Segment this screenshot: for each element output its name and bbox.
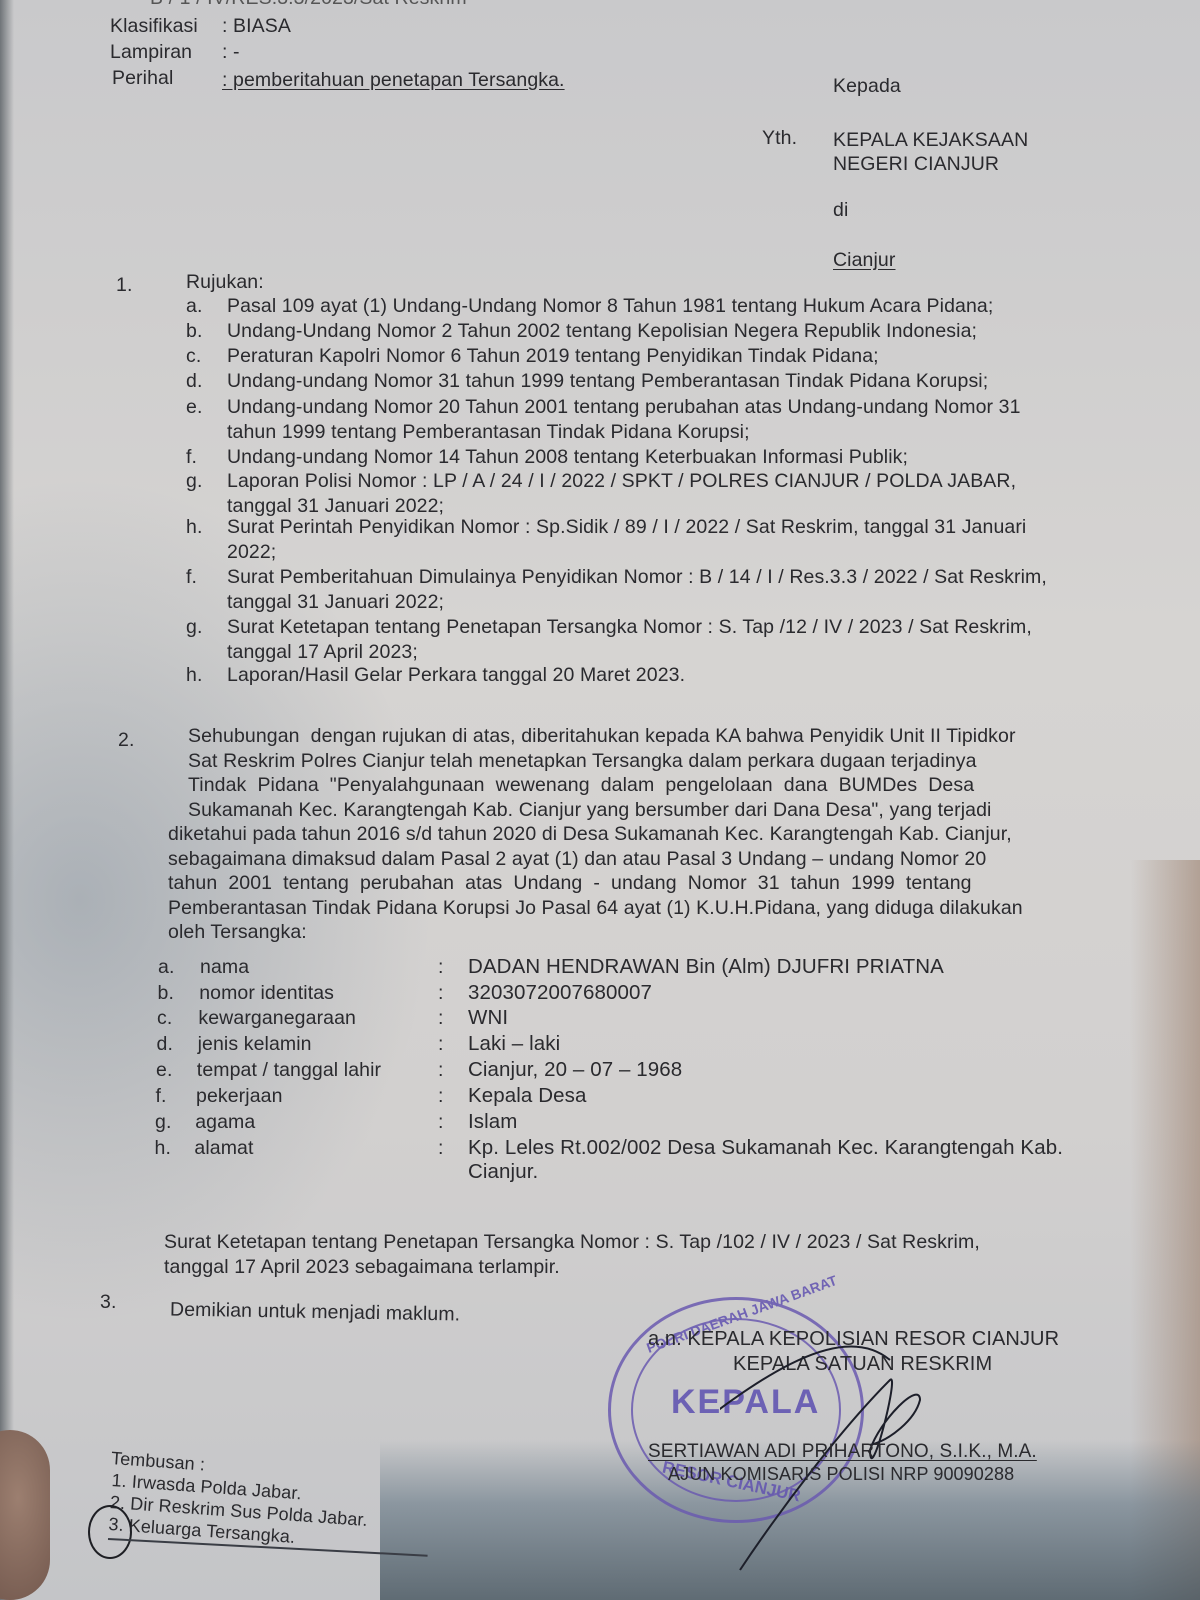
recipient-di: di — [833, 198, 848, 222]
field-separator: : — [438, 1136, 444, 1160]
rujukan-item-letter: f. — [186, 565, 197, 589]
suspect-field-value: Cianjur. — [468, 1160, 538, 1184]
suspect-field-label: agama — [195, 1110, 255, 1134]
field-separator: : — [438, 1058, 444, 1082]
signatory-name: SERTIAWAN ADI PRIHARTONO, S.I.K., M.A. — [648, 1440, 1037, 1464]
closing-line: Surat Ketetapan tentang Penetapan Tersan… — [164, 1230, 980, 1254]
section3-number: 3. — [100, 1290, 116, 1314]
suspect-field-label: tempat / tanggal lahir — [197, 1058, 381, 1082]
rujukan-item-text: tanggal 17 April 2023; — [227, 640, 418, 664]
suspect-field-value: DADAN HENDRAWAN Bin (Alm) DJUFRI PRIATNA — [468, 955, 944, 979]
suspect-field-letter: a. — [158, 955, 174, 979]
field-separator: : — [438, 981, 444, 1005]
rujukan-item-text: tanggal 31 Januari 2022; — [227, 590, 444, 614]
suspect-field-letter: c. — [157, 1006, 172, 1030]
suspect-field-label: kewarganegaraan — [198, 1006, 356, 1030]
rujukan-item-letter: f. — [186, 445, 197, 469]
rujukan-item-letter: g. — [186, 615, 202, 639]
suspect-field-letter: g. — [155, 1110, 171, 1134]
suspect-field-value: Cianjur, 20 – 07 – 1968 — [468, 1058, 682, 1082]
rujukan-item-letter: g. — [186, 469, 202, 493]
suspect-field-value: Kp. Leles Rt.002/002 Desa Sukamanah Kec.… — [468, 1136, 1063, 1160]
rujukan-item-text: Surat Pemberitahuan Dimulainya Penyidika… — [227, 565, 1047, 589]
value-lampiran: : - — [222, 40, 240, 64]
paragraph-line: Sehubungan dengan rujukan di atas, diber… — [188, 724, 1143, 748]
suspect-field-label: jenis kelamin — [198, 1032, 312, 1056]
rujukan-item-text: Pasal 109 ayat (1) Undang-Undang Nomor 8… — [227, 294, 993, 318]
suspect-field-label: nama — [200, 955, 249, 979]
rujukan-item-text: Undang-Undang Nomor 2 Tahun 2002 tentang… — [227, 319, 977, 343]
field-separator: : — [438, 1006, 444, 1030]
label-lampiran: Lampiran — [110, 40, 192, 64]
suspect-field-label: alamat — [194, 1136, 253, 1160]
rujukan-item-letter: d. — [186, 369, 202, 393]
rujukan-item-text: 2022; — [227, 540, 276, 564]
field-separator: : — [438, 1032, 444, 1056]
rujukan-item-letter: h. — [186, 515, 202, 539]
recipient-line2: NEGERI CIANJUR — [833, 152, 999, 176]
rujukan-item-text: Undang-undang Nomor 14 Tahun 2008 tentan… — [227, 445, 908, 469]
value-perihal: : pemberitahuan penetapan Tersangka. — [222, 68, 565, 92]
rujukan-item-letter: a. — [186, 294, 202, 318]
section1-title: Rujukan: — [186, 270, 264, 294]
rujukan-item-text: Laporan/Hasil Gelar Perkara tanggal 20 M… — [227, 663, 685, 687]
value-klasifikasi: : BIASA — [222, 14, 291, 38]
thumb-holding-paper — [0, 1430, 50, 1600]
rujukan-item-letter: h. — [186, 663, 202, 687]
suspect-field-value: Laki – laki — [468, 1032, 560, 1056]
recipient-city: Cianjur — [833, 248, 895, 272]
rujukan-item-letter: c. — [186, 344, 201, 368]
paragraph-line: Tindak Pidana "Penyalahgunaan wewenang d… — [188, 773, 1143, 797]
suspect-field-letter: f. — [156, 1084, 167, 1108]
handwritten-circle — [88, 1505, 132, 1559]
paragraph-line: Sukamanah Kec. Karangtengah Kab. Cianjur… — [188, 798, 1143, 822]
paragraph-line: tahun 2001 tentang perubahan atas Undang… — [168, 871, 1123, 895]
paragraph-line: Pemberantasan Tindak Pidana Korupsi Jo P… — [168, 896, 1123, 920]
suspect-field-letter: d. — [157, 1032, 173, 1056]
field-separator: : — [438, 1110, 444, 1134]
yth-label: Yth. — [762, 126, 797, 150]
paper-edge-shadow — [0, 0, 14, 1600]
paragraph-line: Sat Reskrim Polres Cianjur telah menetap… — [188, 749, 1143, 773]
suspect-field-letter: e. — [156, 1058, 172, 1082]
suspect-field-letter: b. — [158, 981, 174, 1005]
section2-number: 2. — [118, 728, 134, 752]
rujukan-item-text: Undang-undang Nomor 31 tahun 1999 tentan… — [227, 369, 988, 393]
rujukan-item-text: Surat Perintah Penyidikan Nomor : Sp.Sid… — [227, 515, 1026, 539]
nomor-fragment: B / 1 / IV/RES.3.3/2023/Sat Reskrim — [150, 0, 467, 10]
rujukan-item-letter: b. — [186, 319, 202, 343]
paragraph-line: oleh Tersangka: — [168, 920, 568, 944]
suspect-field-label: pekerjaan — [196, 1084, 283, 1108]
label-perihal: Perihal — [112, 66, 173, 90]
paragraph-line: diketahui pada tahun 2016 s/d tahun 2020… — [168, 822, 1123, 846]
label-klasifikasi: Klasifikasi — [110, 14, 198, 38]
suspect-field-label: nomor identitas — [199, 981, 334, 1005]
suspect-field-value: 3203072007680007 — [468, 981, 652, 1005]
rujukan-item-text: Laporan Polisi Nomor : LP / A / 24 / I /… — [227, 469, 1016, 493]
rujukan-item-text: Peraturan Kapolri Nomor 6 Tahun 2019 ten… — [227, 344, 879, 368]
field-separator: : — [438, 955, 444, 979]
suspect-field-value: Islam — [468, 1110, 517, 1134]
rujukan-item-text: tahun 1999 tentang Pemberantasan Tindak … — [227, 420, 750, 444]
field-separator: : — [438, 1084, 444, 1108]
signatory-rank: AJUN KOMISARIS POLISI NRP 90090288 — [668, 1462, 1014, 1486]
suspect-field-value: WNI — [468, 1006, 508, 1030]
suspect-field-letter: h. — [155, 1136, 171, 1160]
closing-line: tanggal 17 April 2023 sebagaimana terlam… — [164, 1255, 560, 1279]
section3-text: Demikian untuk menjadi maklum. — [170, 1297, 461, 1326]
rujukan-item-text: Surat Ketetapan tentang Penetapan Tersan… — [227, 615, 1032, 639]
suspect-field-value: Kepala Desa — [468, 1084, 587, 1108]
kepada-label: Kepada — [833, 74, 901, 98]
section1-number: 1. — [116, 273, 132, 297]
rujukan-item-text: Undang-undang Nomor 20 Tahun 2001 tentan… — [227, 395, 1021, 419]
paragraph-line: sebagaimana dimaksud dalam Pasal 2 ayat … — [168, 847, 1123, 871]
recipient-line1: KEPALA KEJAKSAAN — [833, 128, 1028, 152]
rujukan-item-letter: e. — [186, 395, 202, 419]
